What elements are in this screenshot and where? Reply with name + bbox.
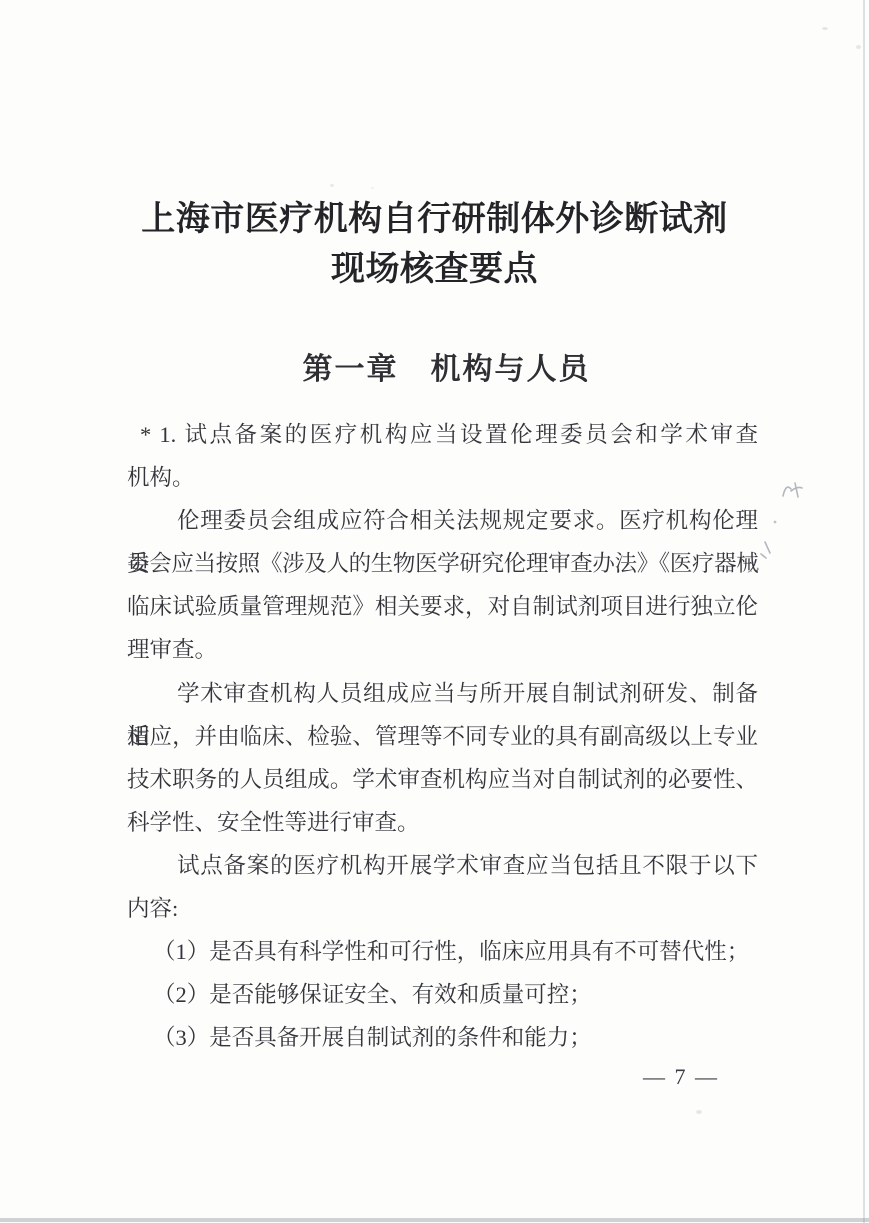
document-title: 上海市医疗机构自行研制体外诊断试剂 现场核查要点 <box>0 194 869 294</box>
text-line: 员会应当按照《涉及人的生物医学研究伦理审查办法》《医疗器械 <box>127 542 758 585</box>
text-line: 机构。 <box>127 456 758 499</box>
scan-edge-bottom-line <box>0 1218 869 1222</box>
text-line: 伦理委员会组成应符合相关法规规定要求。医疗机构伦理委 <box>127 499 758 542</box>
document-title-line-1: 上海市医疗机构自行研制体外诊断试剂 <box>0 194 869 244</box>
text-line: （2）是否能够保证安全、有效和质量可控； <box>127 973 758 1016</box>
text-line: 适应，并由临床、检验、管理等不同专业的具有副高级以上专业 <box>127 715 758 758</box>
page-number: — 7 — <box>601 1062 761 1092</box>
text-line: 技术职务的人员组成。学术审查机构应当对自制试剂的必要性、 <box>127 758 758 801</box>
text-line: * 1. 试点备案的医疗机构应当设置伦理委员会和学术审查 <box>127 413 758 456</box>
text-line: 学术审查机构人员组成应当与所开展自制试剂研发、制备相 <box>127 672 758 715</box>
chapter-heading: 第一章 机构与人员 <box>0 352 869 388</box>
text-line: （1）是否具有科学性和可行性，临床应用具有不可替代性； <box>127 930 758 973</box>
text-line: （3）是否具备开展自制试剂的条件和能力； <box>127 1016 758 1059</box>
text-line: 科学性、安全性等进行审查。 <box>127 801 758 844</box>
scan-edge-right-line <box>863 0 865 1223</box>
text-line: 试点备案的医疗机构开展学术审查应当包括且不限于以下 <box>127 844 758 887</box>
scanned-document-page: 上海市医疗机构自行研制体外诊断试剂 现场核查要点 第一章 机构与人员 * 1. … <box>0 0 869 1223</box>
pen-mark-squiggle <box>745 470 807 580</box>
text-line: 理审查。 <box>127 628 758 671</box>
text-line: 内容: <box>127 887 758 930</box>
document-title-line-2: 现场核查要点 <box>0 244 869 294</box>
document-body: * 1. 试点备案的医疗机构应当设置伦理委员会和学术审查机构。伦理委员会组成应符… <box>127 413 758 1059</box>
text-line: 临床试验质量管理规范》相关要求，对自制试剂项目进行独立伦 <box>127 585 758 628</box>
